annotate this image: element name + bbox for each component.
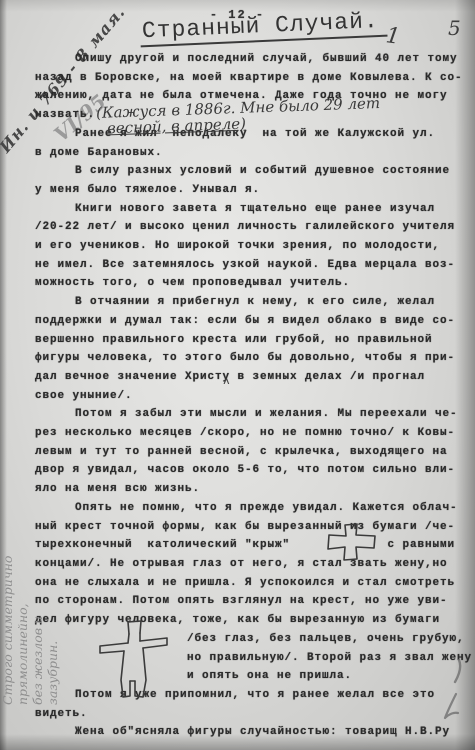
typed-line: Книги нового завета я тщательно еще ране… — [35, 200, 469, 219]
typed-line: и его учеников. Но широкой точки зрения,… — [35, 237, 469, 256]
typed-line: Опишу другой и последний случай, бывший … — [35, 50, 469, 69]
typed-line: у меня было тяжелое. Унывал я. — [35, 181, 469, 200]
typed-line: но правильную/. Второй раз я звал жену — [187, 649, 469, 668]
pencil-mark-right-2 — [442, 692, 460, 720]
typed-line: В отчаянии я прибегнул к нему, к его сил… — [35, 293, 469, 312]
pencil-mark-right-1 — [450, 658, 464, 684]
typed-line: свое уныние/. — [35, 387, 469, 406]
typed-line: поддержки и думал так: если бы я видел о… — [35, 312, 469, 331]
typed-line: она не слыхала и не пришла. Я успокоился… — [35, 574, 469, 593]
typed-line: назад в Боровске, на моей квартире в дом… — [35, 69, 469, 88]
typed-line: концами/. Не отрывая глаз от него, я ста… — [35, 555, 469, 574]
margin-note-vertical: Строго симметрично прямолинейно, без жез… — [0, 475, 62, 705]
typed-line: В силу разных условий и событий душевное… — [35, 162, 469, 181]
typed-line: и опять она не пришла. — [187, 667, 469, 686]
typed-line: левым и тут то ранней весной, с крылечка… — [35, 443, 469, 462]
typed-line: можность того, о чем проповедывал учител… — [35, 274, 469, 293]
caret-insertion-mark: ∧ — [222, 375, 231, 386]
typed-line: /20-22 лет/ и высоко ценил личность гали… — [35, 218, 469, 237]
typed-line: вершенно правильного креста или грубой, … — [35, 331, 469, 350]
typed-line: двор я увидал, часов около 5-6 то, что п… — [35, 461, 469, 480]
handwritten-corner-number: 5 — [448, 16, 461, 40]
typed-line: не имел. Все затемнялось узкой наукой. Е… — [35, 256, 469, 275]
typed-line: ный крест точной формы, как бы вырезанны… — [35, 518, 469, 537]
handwritten-number-after-title: 1 — [384, 23, 401, 50]
typed-line: рез несколько месяцев /скоро, но не помн… — [35, 424, 469, 443]
human-figure-drawing-icon — [96, 618, 172, 700]
typed-line: видеть. — [35, 705, 469, 724]
margin-note-line: без жезлов и — [30, 475, 45, 705]
margin-note-line: Строго симметрично — [0, 475, 15, 705]
typed-line: Потом я забыл эти мысли и желания. Мы пе… — [35, 405, 469, 424]
typed-line: по сторонам. Потом опять взглянул на кре… — [35, 592, 469, 611]
typed-line: /без глаз, без пальцев, очень грубую, — [187, 630, 469, 649]
cross-drawing-icon — [325, 522, 379, 562]
margin-note-line: прямолинейно, — [15, 475, 30, 705]
typed-line: дал вечное значение Христу в земных дела… — [35, 368, 469, 387]
typed-line: яло на меня всю жизнь. — [35, 480, 469, 499]
typed-line: Опять не помню, что я прежде увидал. Каж… — [35, 499, 469, 518]
typed-line: Ранее я жил неподалеку на той же Калужск… — [35, 125, 469, 144]
scanned-document-page: - 12 - Странный Случай. 1 5 Ин. и 769 - … — [0, 0, 475, 750]
typed-line: в доме Барановых. — [35, 144, 469, 163]
margin-note-line: зазубрин. — [45, 475, 60, 705]
typed-line: тырехконечный католический "крыж" с равн… — [35, 536, 469, 555]
typed-line: Жена об"ясняла фигуры случайностью: това… — [35, 723, 469, 742]
typed-line: фигуры человека, то этого было бы доволь… — [35, 349, 469, 368]
